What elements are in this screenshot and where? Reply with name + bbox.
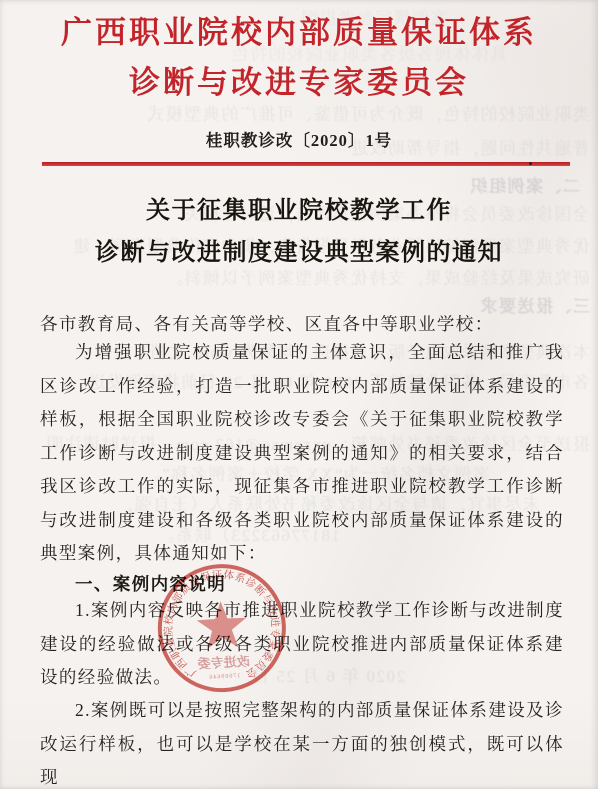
letterhead-org-line1: 广西职业院校内部质量保证体系	[0, 14, 598, 51]
document-number: 桂职教诊改〔2020〕1号	[0, 127, 598, 151]
seal-star-icon	[196, 600, 248, 650]
letterhead-org-line2: 诊断与改进专家委员会	[0, 64, 598, 101]
official-seal: 广西职业院校内部质量保证体系诊断与改进专家委员会 改进专委 17009646	[150, 557, 297, 704]
intro-paragraph: 为增强职业院校质量保证的主体意识，全面总结和推广我区诊改工作经验，打造一批职业院…	[40, 336, 564, 571]
letterhead-rule	[42, 162, 570, 166]
seal-serial-number: 17009646	[208, 673, 240, 681]
seal-center-label: 改进专委	[197, 654, 250, 672]
document-title-line2: 诊断与改进制度建设典型案例的通知	[0, 238, 598, 268]
case-item-2: 2.案例既可以是按照完整架构的内部质量保证体系建设及诊改运行样板，也可以是学校在…	[40, 694, 564, 789]
bleedthrough-text: 类职业院校的特色，既介为可借鉴、可推广的典型模式	[50, 100, 590, 125]
bleedthrough-text: 二、案例组织	[430, 172, 580, 197]
scan-artifact-dot	[529, 162, 532, 165]
document-title-line1: 关于征集职业院校教学工作	[0, 196, 598, 226]
case-item-1: 1.案例内容反映各市推进职业院校教学工作诊断与改进制度建设的经验做法或各级各类职…	[40, 594, 564, 695]
scanned-document-page: 案例撰写参考提纲 具体体现各级各类职业院校的特色 类职业院校的特色，既介为可借鉴…	[0, 0, 598, 789]
